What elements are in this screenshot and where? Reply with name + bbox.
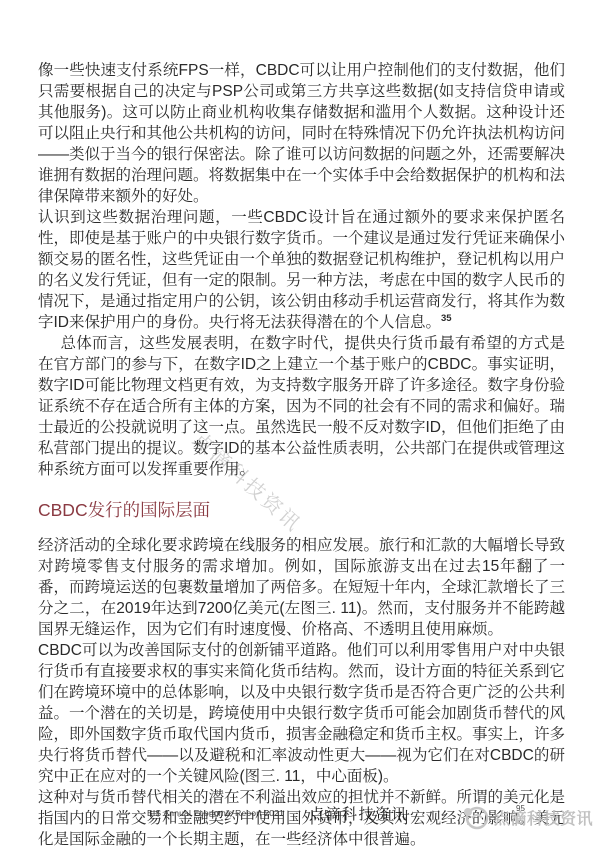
paragraph-payment-data: 像一些快速支付系统FPS一样，CBDC可以让用户控制他们的支付数据，他们只需要根… xyxy=(38,60,565,207)
section-heading-cbdc-international: CBDC发行的国际层面 xyxy=(38,499,565,521)
page-number: 95 xyxy=(516,804,525,813)
footer-report-title: BIS Annual Economic Report 2021 xyxy=(147,808,284,818)
paragraph-anonymity: 认识到这些数据治理问题，一些CBDC设计旨在通过额外的要求来保护匿名性，即使是基… xyxy=(38,207,565,333)
paragraph-anonymity-text: 认识到这些数据治理问题，一些CBDC设计旨在通过额外的要求来保护匿名性，即使是基… xyxy=(38,209,565,331)
footer-logo-text: 点滴科技资讯 xyxy=(494,806,593,829)
paragraph-digital-id: 总体而言，这些发展表明，在数字时代，提供央行货币最有希望的方式是在官方部门的参与… xyxy=(38,333,565,480)
document-page: 点滴科技资讯 像一些快速支付系统FPS一样，CBDC可以让用户控制他们的支付数据… xyxy=(0,0,600,849)
footer-site-name: 点滴科技资讯 xyxy=(309,803,408,824)
droplet-swirl-icon xyxy=(462,804,494,830)
paragraph-cross-border: CBDC可以为改善国际支付的创新铺平道路。他们可以利用零售用户对中央银行货币有直… xyxy=(38,640,565,787)
paragraph-globalization: 经济活动的全球化要求跨境在线服务的相应发展。旅行和汇款的大幅增长导致对跨境零售支… xyxy=(38,535,565,640)
footer-logo: 点滴科技资讯 xyxy=(462,804,593,830)
article-body: 像一些快速支付系统FPS一样，CBDC可以让用户控制他们的支付数据，他们只需要根… xyxy=(38,60,565,849)
footnote-marker-35: 35 xyxy=(441,313,452,324)
